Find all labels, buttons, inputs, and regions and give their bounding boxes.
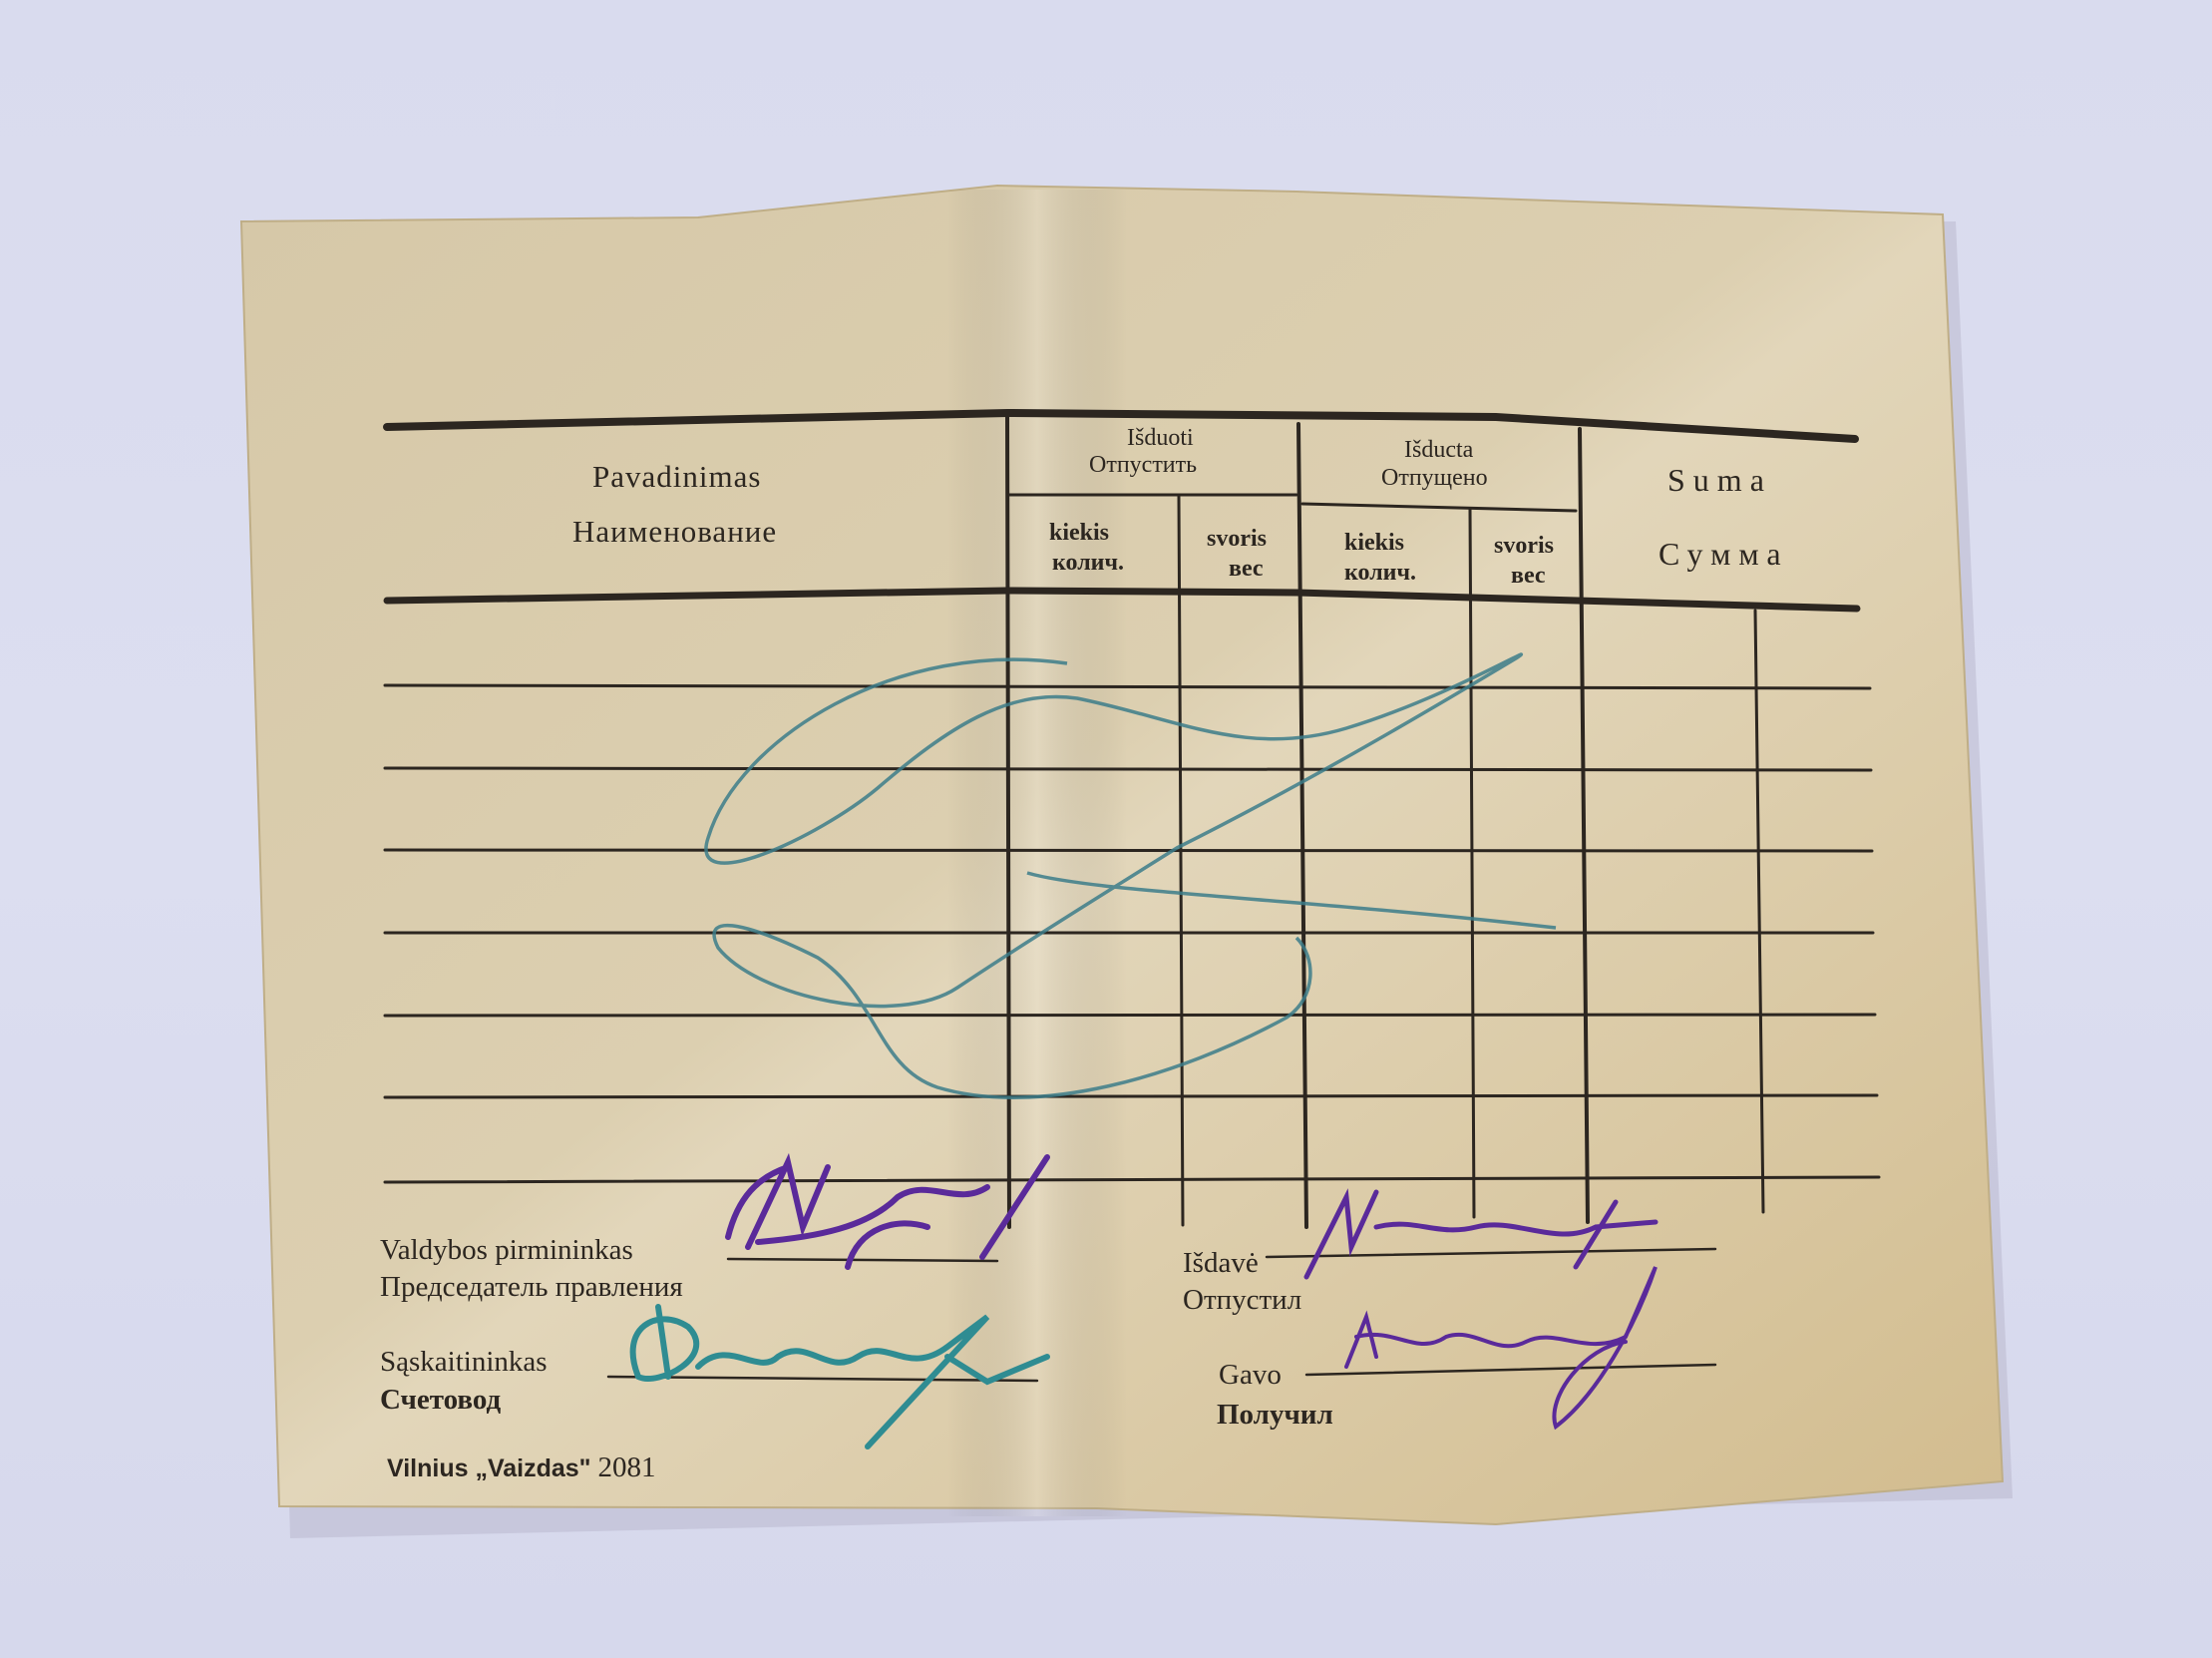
col-issue-weight-lt: svoris xyxy=(1207,525,1267,553)
imprint-text: Vilnius „Vaizdas" xyxy=(387,1454,591,1482)
issuer-label-ru: Отпустил xyxy=(1183,1282,1301,1318)
accountant-label-ru: Счетовод xyxy=(380,1382,501,1418)
col-issued-qty-lt: kiekis xyxy=(1344,529,1404,557)
accountant-label-lt: Sąskaitininkas xyxy=(380,1344,548,1380)
chairman-label-ru: Председатель правления xyxy=(380,1269,683,1305)
col-sum-header-ru: Сумма xyxy=(1659,536,1789,573)
col-issue-weight-ru: вес xyxy=(1229,555,1264,583)
issuer-label-lt: Išdavė xyxy=(1183,1245,1259,1281)
col-sum-header-lt: Suma xyxy=(1667,462,1772,499)
chairman-label-lt: Valdybos pirmininkas xyxy=(380,1232,633,1268)
col-issue-qty-ru: колич. xyxy=(1052,549,1124,577)
col-issued-header-ru: Отпущено xyxy=(1381,464,1488,492)
receiver-label-ru: Получил xyxy=(1217,1397,1333,1433)
col-issued-header-lt: Išducta xyxy=(1404,436,1473,464)
col-name-header-lt: Pavadinimas xyxy=(592,459,761,495)
imprint-number: 2081 xyxy=(597,1451,655,1483)
col-name-header-ru: Наименование xyxy=(572,514,777,550)
printer-imprint: Vilnius „Vaizdas" 2081 xyxy=(387,1451,655,1484)
col-issue-qty-lt: kiekis xyxy=(1049,519,1109,547)
col-issued-qty-ru: колич. xyxy=(1344,559,1416,587)
col-issued-weight-ru: вес xyxy=(1511,562,1546,590)
col-issue-header-ru: Отпустить xyxy=(1089,451,1197,479)
paper-sheet-graphic xyxy=(0,0,2212,1658)
paper-form: Pavadinimas Наименование Išduoti Отпусти… xyxy=(0,0,2212,1658)
receiver-label-lt: Gavo xyxy=(1219,1357,1282,1393)
col-issued-weight-lt: svoris xyxy=(1494,532,1554,560)
col-issue-header-lt: Išduoti xyxy=(1127,424,1194,452)
